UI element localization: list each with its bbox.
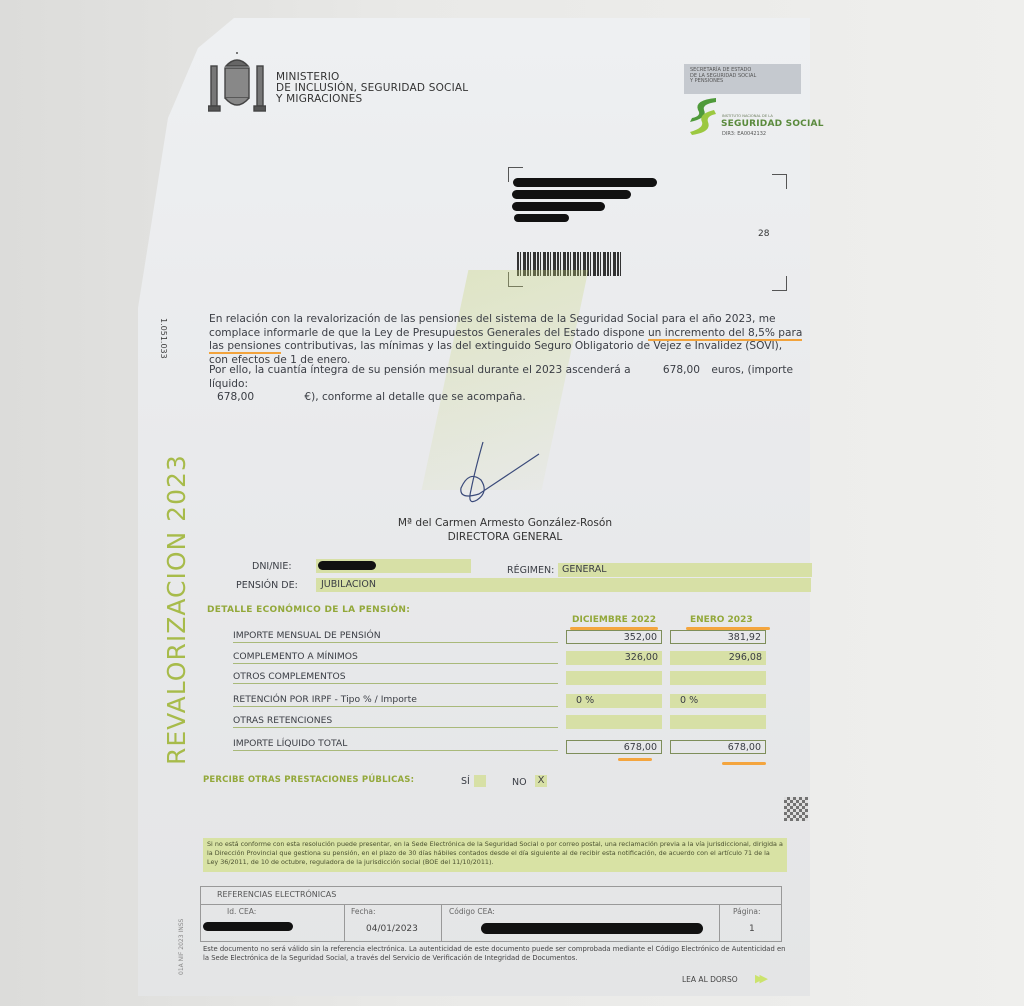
signer-name: Mª del Carmen Armesto González-Rosón: [370, 516, 640, 530]
cell-jan: 381,92: [670, 630, 766, 644]
address-corner: [772, 276, 787, 291]
regimen-value: GENERAL: [558, 563, 812, 577]
text: €), conforme al detalle que se acompaña.: [304, 391, 525, 403]
document-code: 1.051.033: [159, 318, 168, 359]
address-corner: [772, 174, 787, 189]
text: Por ello, la cuantía íntegra de su pensi…: [209, 364, 631, 376]
row-label: IMPORTE LÍQUIDO TOTAL: [233, 738, 558, 751]
ministry-line: Y MIGRACIONES: [276, 94, 468, 105]
redacted-dni: [318, 561, 376, 570]
pagina-label: Página:: [733, 907, 761, 916]
read-overleaf-label: LEA AL DORSO: [682, 975, 738, 984]
orange-underline: [618, 758, 652, 761]
divider: [441, 904, 442, 941]
dir3-code: DIR3: EA0042132: [722, 131, 766, 137]
ministry-name: MINISTERIO DE INCLUSIÓN, SEGURIDAD SOCIA…: [276, 72, 468, 105]
orange-underline: [722, 762, 766, 765]
cell-dec: [566, 715, 662, 729]
letter-paragraph-2: Por ello, la cuantía íntegra de su pensi…: [209, 364, 804, 405]
row-label: RETENCIÓN POR IRPF - Tipo % / Importe: [233, 694, 558, 707]
row-label: OTRAS RETENCIONES: [233, 715, 558, 728]
qr-code: [784, 797, 808, 821]
validity-note: Este documento no será válido sin la ref…: [203, 945, 793, 963]
row-label: IMPORTE MENSUAL DE PENSIÓN: [233, 630, 558, 643]
row-label: OTROS COMPLEMENTOS: [233, 671, 558, 684]
cell-dec: 326,00: [566, 651, 662, 665]
redacted-address-line: [512, 202, 605, 211]
coat-of-arms-icon: [208, 52, 266, 114]
no-label: NO: [512, 777, 527, 788]
no-checkbox: X: [535, 775, 547, 787]
section-title: DETALLE ECONÓMICO DE LA PENSIÓN:: [207, 605, 410, 615]
appeal-notice: Si no está conforme con esta resolución …: [203, 838, 787, 872]
column-header-december: DICIEMBRE 2022: [572, 615, 656, 625]
cell-dec: 352,00: [566, 630, 662, 644]
signer-block: Mª del Carmen Armesto González-Rosón DIR…: [370, 516, 640, 544]
secretaria-line: Y PENSIONES: [690, 79, 795, 85]
cell-jan: 678,00: [670, 740, 766, 754]
secretaria-box: SECRETARÍA DE ESTADO DE LA SEGURIDAD SOC…: [684, 64, 801, 94]
cell-jan: [670, 715, 766, 729]
form-code: 01A NIF 2023 INSS: [178, 919, 185, 975]
signer-role: DIRECTORA GENERAL: [370, 530, 640, 544]
cell-dec: [566, 671, 662, 685]
codigo-cea-label: Código CEA:: [449, 907, 495, 916]
cell-dec: 0 %: [566, 694, 662, 708]
divider: [344, 904, 345, 941]
divider: [719, 904, 720, 941]
divider: [201, 904, 781, 905]
signature-icon: [455, 440, 545, 510]
cell-jan: 296,08: [670, 651, 766, 665]
yes-label: SÍ: [461, 776, 470, 787]
institute-name: SEGURIDAD SOCIAL: [721, 119, 824, 129]
regimen-label: RÉGIMEN:: [507, 565, 554, 576]
cell-jan: [670, 671, 766, 685]
net-amount: 678,00: [209, 391, 281, 405]
double-arrow-icon: ▶▶: [755, 972, 764, 985]
institute-small-label: INSTITUTO NACIONAL DE LA: [722, 114, 773, 118]
pagina-value: 1: [749, 924, 755, 934]
letter-paragraph-1: En relación con la revalorización de las…: [209, 313, 804, 367]
references-table: REFERENCIAS ELECTRÓNICAS Id. CEA: Fecha:…: [200, 886, 782, 942]
redacted-address-line: [512, 190, 631, 199]
row-label: COMPLEMENTO A MÍNIMOS: [233, 651, 558, 664]
pension-label: PENSIÓN DE:: [236, 580, 298, 591]
envelope-number: 28: [758, 229, 769, 239]
id-cea-label: Id. CEA:: [227, 907, 256, 916]
column-header-january: ENERO 2023: [690, 615, 753, 625]
fecha-value: 04/01/2023: [366, 924, 418, 934]
other-benefits-label: PERCIBE OTRAS PRESTACIONES PÚBLICAS:: [203, 775, 414, 785]
yes-checkbox: [474, 775, 486, 787]
cell-dec: 678,00: [566, 740, 662, 754]
text: contributivas, las mínimas y las del ext…: [209, 340, 782, 366]
pension-value: JUBILACION: [316, 578, 811, 592]
cell-jan: 0 %: [670, 694, 766, 708]
dni-label: DNI/NIE:: [252, 561, 292, 572]
seguridad-social-logo-icon: [686, 96, 720, 136]
gross-amount: 678,00: [634, 364, 700, 378]
redacted-address-line: [514, 214, 569, 222]
redacted-codigo-cea: [481, 923, 703, 934]
references-title: REFERENCIAS ELECTRÓNICAS: [217, 890, 336, 899]
redacted-id-cea: [203, 922, 293, 931]
revalorizacion-title: REVALORIZACION 2023: [162, 454, 191, 765]
redacted-address-line: [513, 178, 657, 187]
fecha-label: Fecha:: [351, 907, 376, 916]
